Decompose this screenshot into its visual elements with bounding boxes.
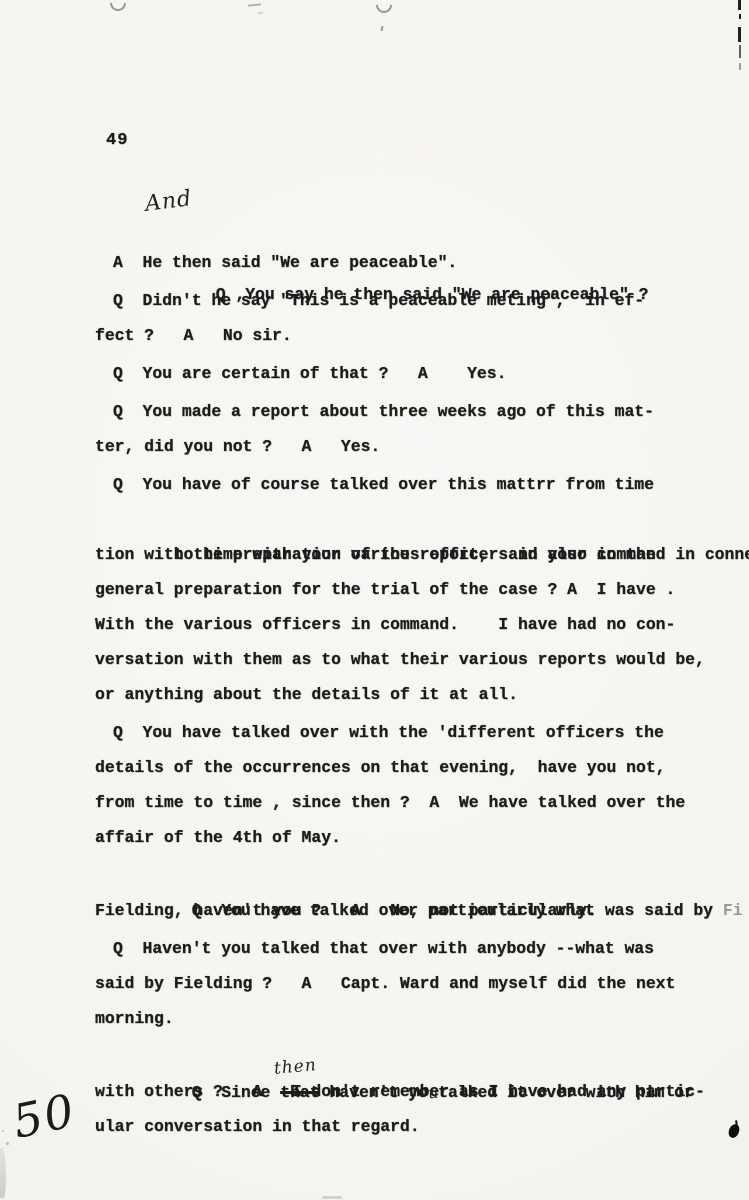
transcript-line-19: Q You have talked over particularly what… [95,858,725,893]
scan-smudge-bottom [322,1196,342,1199]
binding-dash [738,0,741,10]
transcript-line-17: from time to time , since then ? A We ha… [95,785,725,820]
transcript-line-14: or anything about the details of it at a… [95,677,725,712]
qa-paragraph: Q Since thenthat haven't youtalked it ov… [95,1039,725,1144]
struck-word: thenthat [280,1075,319,1110]
scan-edge-smudge [0,1148,6,1198]
binding-dash [738,27,741,42]
binding-dash [739,63,741,70]
transcript-line-18: affair of the 4th of May. [95,820,725,855]
scan-smudge-top-left [110,3,126,11]
transcript-line-10: tion with the preparation of the report,… [95,537,725,572]
handwritten-and-insertion: And [143,181,194,221]
qa-paragraph: Q You have of course talked over this ma… [95,467,725,712]
handwritten-page-number: 50 [8,1083,80,1149]
qa-paragraph: Q You made a report about three weeks ag… [95,394,725,464]
qa-paragraph: Q Haven't you talked that over with anyb… [95,931,725,1036]
transcript-line-08: Q You have of course talked over this ma… [95,467,725,502]
transcript-line-26: ular conversation in that regard. [95,1109,725,1144]
qa-paragraph: Q You are certain of that ? A Yes. [95,356,725,391]
typed-page-number: 49 [106,131,128,150]
scan-smudge-top-center [248,3,261,6]
qa-paragraph: And Q ,You say he then said "We are peac… [95,207,725,242]
scan-tick-mark [380,26,383,31]
line-text: Q Since [192,1083,281,1102]
transcript-line-12: With the various officers in command. I … [95,607,725,642]
transcript-body: And Q ,You say he then said "We are peac… [95,207,725,1144]
binding-dash [739,45,741,58]
qa-paragraph: Q You have talked over with the 'differe… [95,715,725,855]
scan-smudge-top-right [376,5,392,13]
qa-paragraph: Q You have talked over particularly what… [95,858,725,928]
scanned-document-page: 49 And Q ,You say he then said "We are p… [0,0,749,1200]
ink-teardrop-mark [727,1123,741,1139]
transcript-line-16: details of the occurrences on that eveni… [95,750,725,785]
transcript-line-22: said by Fielding ? A Capt. Ward and myse… [95,966,725,1001]
transcript-line-07: ter, did you not ? A Yes. [95,429,725,464]
transcript-line-23: morning. [95,1001,725,1036]
transcript-line-15: Q You have talked over with the 'differe… [95,715,725,750]
handwritten-u-insertion: u [426,1075,440,1111]
transcript-line-01: And Q ,You say he then said "We are peac… [95,207,725,242]
transcript-line-06: Q You made a report about three weeks ag… [95,394,725,429]
transcript-line-09: to time with your various officers in yo… [95,502,725,537]
transcript-line-21: Q Haven't you talked that over with anyb… [95,931,725,966]
handwritten-then-insertion: then [273,1048,319,1087]
transcript-line-13: versation with them as to what their var… [95,642,725,677]
faint-typed-fragment: Fi [723,901,743,920]
scan-speck [2,1130,4,1132]
transcript-line-24: Q Since thenthat haven't youtalked it ov… [95,1039,725,1074]
line-text: haven't yo [320,1083,428,1102]
transcript-line-11: general preparation for the trial of the… [95,572,725,607]
binding-dash [739,14,741,19]
line-text: Q ,You say he then said "We are peaceabl… [216,285,649,304]
line-text: talked it over with him or [438,1083,694,1102]
transcript-line-05: Q You are certain of that ? A Yes. [95,356,725,391]
scan-speck [6,1142,9,1145]
